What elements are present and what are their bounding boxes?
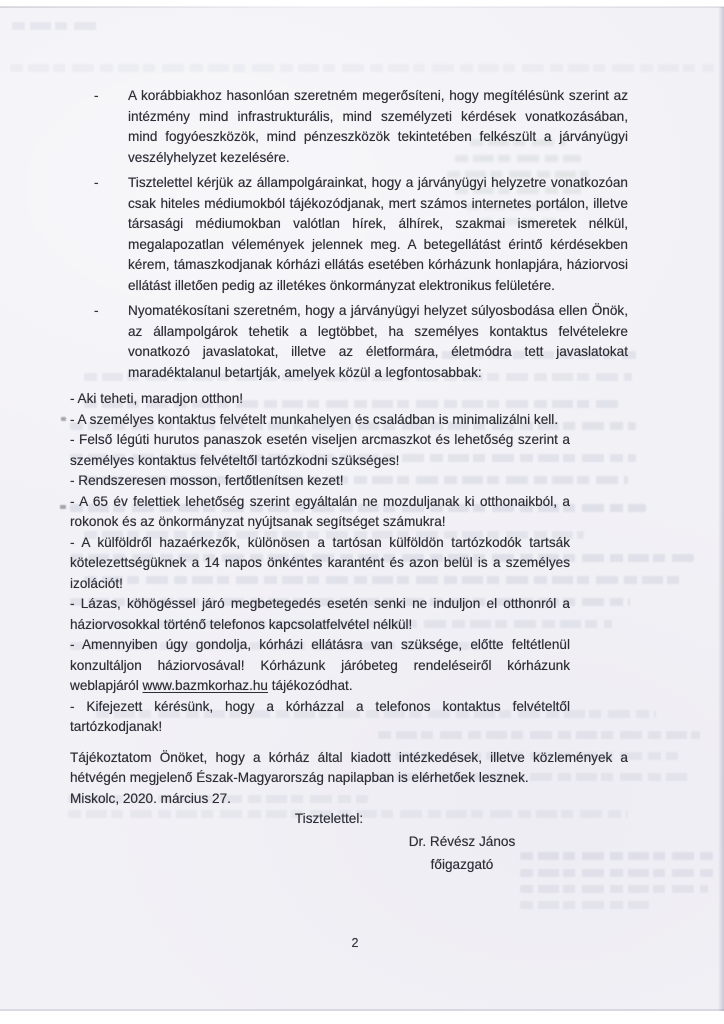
signature-block: Dr. Révész János főigazgató [377, 830, 547, 876]
bleedthrough-line [10, 64, 714, 72]
hospital-info-text-post: tájékozódhat. [268, 678, 353, 693]
signature-title: főigazgató [377, 853, 547, 876]
recommendation-item-hospital-info: - Amennyiben úgy gondolja, kórházi ellát… [70, 635, 570, 697]
bullet-text: Tisztelettel kérjük az állampolgárainkat… [128, 173, 628, 296]
scanner-edge-bottom [0, 1011, 724, 1024]
signature-name: Dr. Révész János [377, 830, 547, 853]
date-line: Miskolc, 2020. március 27. [70, 789, 628, 810]
letter-body: - A korábbiakhoz hasonlóan szeretném meg… [70, 86, 628, 876]
bleedthrough-line [520, 901, 652, 909]
bullet-dash: - [70, 301, 128, 383]
bleedthrough-line [12, 22, 100, 30]
bullet-paragraph: - A korábbiakhoz hasonlóan szeretném meg… [70, 86, 628, 168]
recommendation-item: - Felső légúti hurutos panaszok esetén v… [70, 430, 570, 471]
website-link[interactable]: www.bazmkorhaz.hu [143, 678, 268, 693]
recommendation-item: - A 65 év felettiek lehetőség szerint eg… [70, 492, 570, 533]
recommendation-item: - Lázas, köhögéssel járó megbetegedés es… [70, 594, 570, 635]
bullet-paragraph: - Nyomatékosítani szeretném, hogy a járv… [70, 301, 628, 383]
closing-salutation: Tisztelettel: [70, 809, 588, 830]
scanner-edge-top-line [0, 6, 724, 8]
bullet-dash: - [70, 86, 128, 168]
bullet-paragraph: - Tisztelettel kérjük az állampolgáraink… [70, 173, 628, 296]
bullet-text: Nyomatékosítani szeretném, hogy a járván… [128, 301, 628, 383]
recommendation-item: - Aki teheti, maradjon otthon! [70, 389, 570, 410]
scanned-letter: - A korábbiakhoz hasonlóan szeretném meg… [0, 0, 724, 1024]
document-page: - A korábbiakhoz hasonlóan szeretném meg… [0, 7, 724, 1011]
recommendation-item: - Rendszeresen mosson, fertőtlenítsen ke… [70, 471, 570, 492]
scan-speck [60, 505, 66, 509]
scanner-edge-right-shade [718, 7, 724, 1011]
closing-paragraph: Tájékoztatom Önöket, hogy a kórház által… [70, 748, 628, 789]
bullet-text: A korábbiakhoz hasonlóan szeretném meger… [128, 86, 628, 168]
recommendation-item: - A személyes kontaktus felvételt munkah… [70, 410, 570, 431]
bleedthrough-line [520, 885, 708, 893]
recommendation-item: - A külföldről hazaérkezők, különösen a … [70, 533, 570, 595]
scanner-edge-bottom-line [0, 1009, 724, 1011]
scan-speck [61, 417, 66, 421]
page-number: 2 [0, 936, 710, 950]
recommendation-item: - Kifejezett kérésünk, hogy a kórházzal … [70, 697, 570, 738]
bullet-dash: - [70, 173, 128, 296]
